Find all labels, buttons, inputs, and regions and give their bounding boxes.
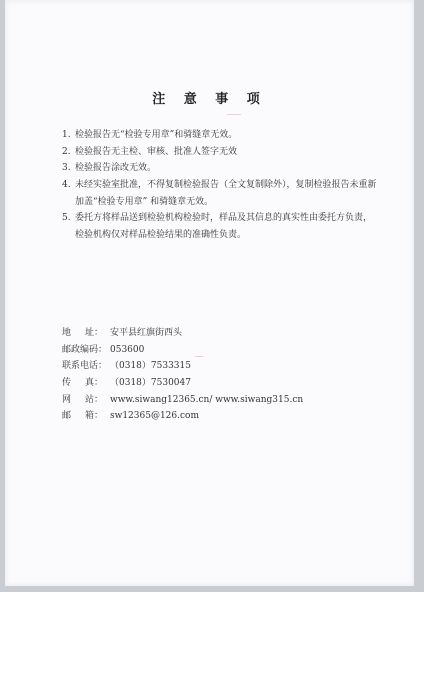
contact-value: www.siwang12365.cn/ www.siwang315.cn [110,395,303,405]
note-number: 5. [62,212,74,224]
ink-artifact [195,356,203,357]
document-page: 注 意 事 项 1. 检验报告无“检验专用章”和骑缝章无效。 2. 检验报告无主… [5,0,414,586]
contact-label: 联系电话： [62,360,110,372]
note-text: 检验报告无“检验专用章”和骑缝章无效。 [75,129,237,141]
note-text: 检验机构仅对样品检验结果的准确性负责。 [75,229,246,241]
contact-value: sw12365@126.com [110,411,199,421]
contact-value: （0318）7530047 [110,378,191,388]
contact-website: 网站：www.siwang12365.cn/ www.siwang315.cn [62,394,303,406]
note-text: 未经实验室批准，不得复制检验报告（全文复制除外），复制检验报告未重新 [75,179,377,191]
note-number: 2. [62,146,74,158]
contact-email: 邮箱：sw12365@126.com [62,410,199,422]
ink-artifact [227,114,241,115]
contact-value: （0318）7533315 [110,361,191,371]
contact-postcode: 邮政编码：053600 [62,344,144,356]
contact-label: 地址： [62,327,103,339]
contact-label: 网站： [62,394,103,406]
contact-label: 传真： [62,377,103,389]
note-number: 4. [62,179,74,191]
note-number: 1. [62,129,74,141]
note-text: 加盖“检验专用章” 和骑缝章无效。 [75,196,213,208]
note-text: 检验报告无主检、审核、批准人签字无效 [75,146,237,158]
note-text: 委托方将样品送到检验机构检验时，样品及其信息的真实性由委托方负责， [75,212,372,224]
contact-value: 安平县红旗街西头 [110,328,182,338]
contact-value: 053600 [110,345,144,355]
contact-fax: 传真：（0318）7530047 [62,377,191,389]
note-text: 检验报告涂改无效。 [75,162,156,174]
contact-phone: 联系电话：（0318）7533315 [62,360,191,372]
contact-label: 邮箱： [62,410,103,422]
document-title: 注 意 事 项 [5,88,414,107]
contact-address: 地址：安平县红旗街西头 [62,327,182,339]
note-number: 3. [62,162,74,174]
contact-label: 邮政编码： [62,344,110,356]
